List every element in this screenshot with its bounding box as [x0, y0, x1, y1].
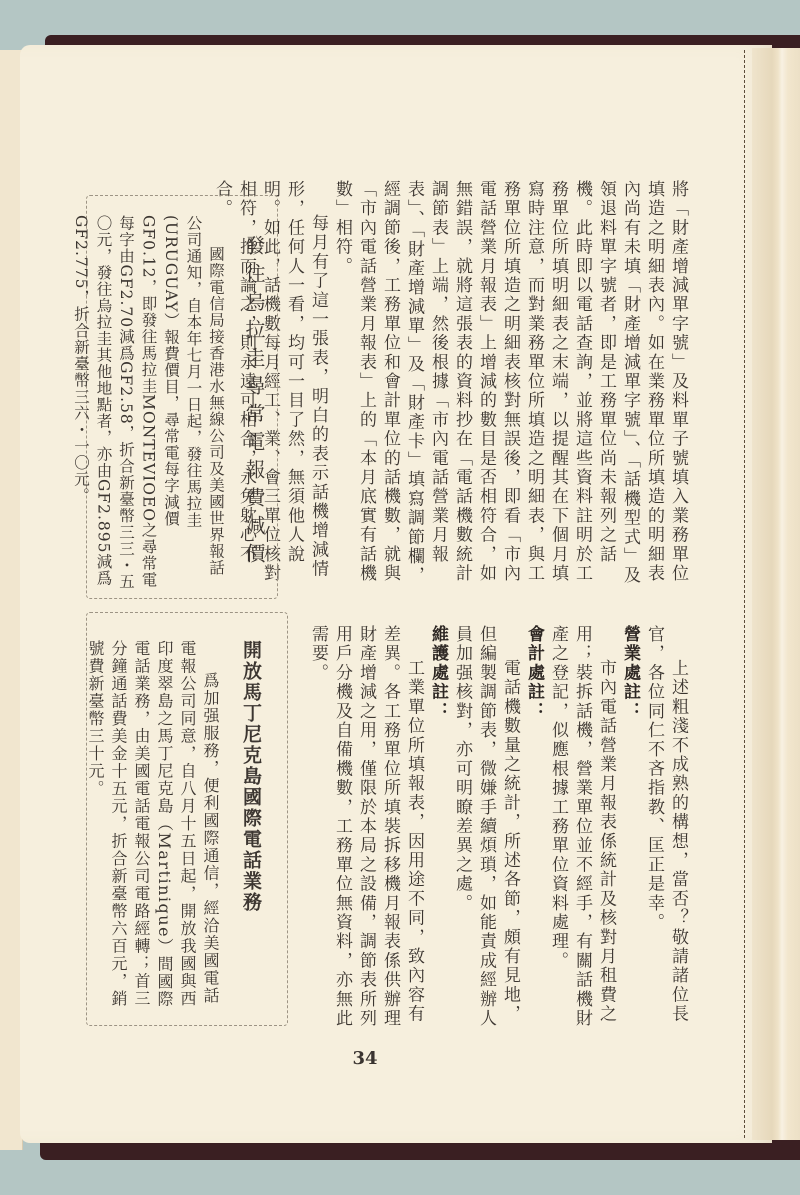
- notice-title-martinique: 開放馬丁尼克島國際電話業務: [238, 640, 265, 980]
- notice-body-uruguay: 國際電信局接香港水無線公司及美國世界報話公司通知，自本年七月一日起，發往馬拉圭(…: [92, 215, 227, 590]
- page-number: 34: [345, 1048, 385, 1069]
- note-text-accounting: 電話機數量之統計，所述各節，頗有見地，但編製調節表，微嫌手續煩瑣，如能責成經辦人…: [450, 625, 522, 1035]
- lower-article-text: 上述粗淺不成熟的構想，當否？敬請諸位長官，各位同仁不吝指教、匡正是幸。 營業處註…: [292, 625, 690, 1035]
- notice-title-uruguay: 發往烏拉圭尋常電報費減價: [240, 235, 269, 575]
- closing-paragraph: 上述粗淺不成熟的構想，當否？敬請諸位長官，各位同仁不吝指教、匡正是幸。: [642, 625, 690, 1035]
- article-paragraph: 將「財產增減單字號」及料單子號填入業務單位填造之明細表內。如在業務單位所填造的明…: [330, 180, 690, 590]
- note-text-business: 市內電話營業月報表係統計及核對月租費之用；裝拆話機，營業單位並不經手，有關話機財…: [546, 625, 618, 1035]
- note-heading-accounting: 會計處註：: [522, 625, 546, 1035]
- page-stack-edge: [752, 48, 800, 1140]
- note-text-maintenance: 工業單位所填報表，因用途不同，致內容有差異。各工務單位所填裝拆移機月報表係供辦理…: [306, 625, 426, 1035]
- upper-article-text: 將「財產增減單字號」及料單子號填入業務單位填造之明細表內。如在業務單位所填造的明…: [282, 180, 690, 590]
- note-heading-business: 營業處註：: [618, 625, 642, 1035]
- notice-body-martinique: 爲加强服務，便利國際通信，經洽美國電話電報公司同意，自八月十五日起，開放我國與西…: [92, 640, 222, 1010]
- note-heading-maintenance: 維護處註：: [426, 625, 450, 1035]
- binding-gutter-line: [744, 50, 746, 1138]
